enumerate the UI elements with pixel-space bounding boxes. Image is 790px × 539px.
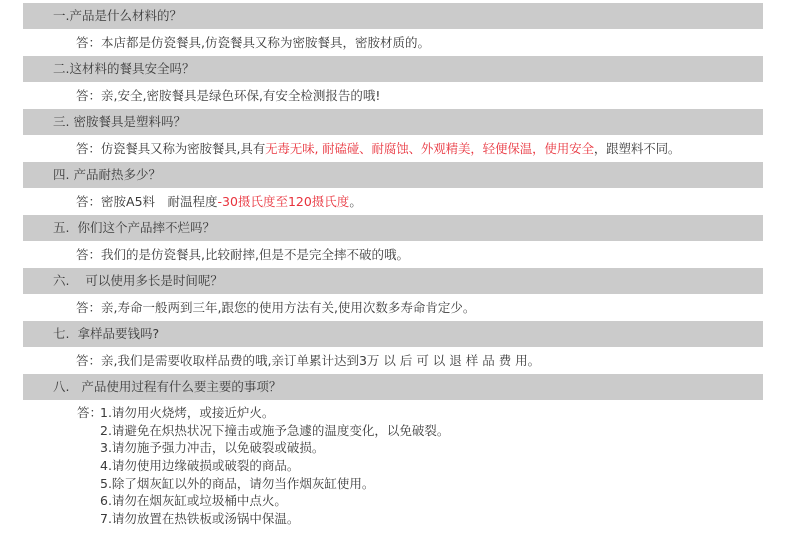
faq-answer-7: 答：亲,我们是需要收取样品费的哦,亲订单累计达到3万 以 后 可 以 退 样 品… bbox=[23, 347, 763, 374]
list-item: 7.请勿放置在热铁板或汤锅中保温。 bbox=[77, 510, 763, 528]
answer-prefix: 答： bbox=[76, 35, 101, 50]
answer-prefix: 答： bbox=[76, 194, 101, 209]
answer-text: 亲,安全,密胺餐具是绿色环保,有安全检测报告的哦! bbox=[101, 88, 380, 103]
answer-prefix: 答： bbox=[76, 141, 101, 156]
list-item: 6.请勿在烟灰缸或垃圾桶中点火。 bbox=[77, 492, 763, 510]
faq-question-3: 三. 密胺餐具是塑料吗？ bbox=[23, 109, 763, 135]
faq-answer-5: 答：我们的是仿瓷餐具,比较耐摔,但是不是完全摔不破的哦。 bbox=[23, 241, 763, 268]
answer-text: 亲,寿命一般两到三年,跟您的使用方法有关,使用次数多寿命肯定少。 bbox=[101, 300, 475, 315]
faq-answer-8-list: 答：1.请勿用火烧烤，或接近炉火。 2.请避免在炽热状况下撞击或施予急遽的温度变… bbox=[23, 400, 763, 528]
list-item: 2.请避免在炽热状况下撞击或施予急遽的温度变化，以免破裂。 bbox=[77, 422, 763, 440]
question-text: 产品使用过程有什么要主要的事项？ bbox=[81, 379, 281, 394]
answer-prefix: 答： bbox=[76, 247, 101, 262]
question-number: 四. bbox=[53, 162, 69, 188]
list-item: 3.请勿施予强力冲击，以免破裂或破损。 bbox=[77, 439, 763, 457]
faq-question-8: 八. 产品使用过程有什么要主要的事项？ bbox=[23, 374, 763, 400]
answer-prefix: 答： bbox=[76, 300, 101, 315]
answer-highlight: -30摄氏度至120摄氏度 bbox=[218, 194, 350, 209]
faq-answer-4: 答：密胺A5料 耐温程度-30摄氏度至120摄氏度。 bbox=[23, 188, 763, 215]
faq-answer-3: 答：仿瓷餐具又称为密胺餐具,具有无毒无味, 耐磕碰、耐腐蚀、外观精美，轻便保温，… bbox=[23, 135, 763, 162]
question-text: 可以使用多长是时间呢？ bbox=[85, 273, 223, 288]
answer-text: 本店都是仿瓷餐具,仿瓷餐具又称为密胺餐具，密胺材质的。 bbox=[101, 35, 430, 50]
faq-question-6: 六. 可以使用多长是时间呢？ bbox=[23, 268, 763, 294]
answer-text-tail: 。 bbox=[349, 194, 362, 209]
question-text: 密胺餐具是塑料吗？ bbox=[73, 114, 186, 129]
faq-question-2: 二.这材料的餐具安全吗？ bbox=[23, 56, 763, 82]
question-text: 你们这个产品摔不烂吗？ bbox=[77, 220, 215, 235]
question-number: 七. bbox=[53, 321, 69, 347]
faq-question-5: 五. 你们这个产品摔不烂吗？ bbox=[23, 215, 763, 241]
question-text: 拿样品要钱吗? bbox=[77, 326, 159, 341]
list-item: 答：1.请勿用火烧烤，或接近炉火。 bbox=[77, 404, 763, 422]
answer-text: 亲,我们是需要收取样品费的哦,亲订单累计达到3万 以 后 可 以 退 样 品 费… bbox=[101, 353, 540, 368]
answer-text: 仿瓷餐具又称为密胺餐具,具有 bbox=[101, 141, 265, 156]
answer-text-tail: ，跟塑料不同。 bbox=[594, 141, 680, 156]
question-number: 三. bbox=[53, 109, 69, 135]
answer-prefix: 答： bbox=[76, 353, 101, 368]
faq-question-7: 七. 拿样品要钱吗? bbox=[23, 321, 763, 347]
faq-list: 一.产品是什么材料的？ 答：本店都是仿瓷餐具,仿瓷餐具又称为密胺餐具，密胺材质的… bbox=[23, 3, 763, 528]
question-text: 产品是什么材料的？ bbox=[69, 8, 182, 23]
question-number: 六. bbox=[53, 268, 69, 294]
answer-highlight: 无毒无味, 耐磕碰、耐腐蚀、外观精美，轻便保温，使用安全 bbox=[265, 141, 594, 156]
question-number: 五. bbox=[53, 215, 69, 241]
question-number: 二. bbox=[53, 56, 69, 82]
faq-answer-1: 答：本店都是仿瓷餐具,仿瓷餐具又称为密胺餐具，密胺材质的。 bbox=[23, 29, 763, 56]
faq-answer-6: 答：亲,寿命一般两到三年,跟您的使用方法有关,使用次数多寿命肯定少。 bbox=[23, 294, 763, 321]
list-item: 4.请勿使用边缘破损或破裂的商品。 bbox=[77, 457, 763, 475]
answer-text: 密胺A5料 耐温程度 bbox=[101, 194, 218, 209]
question-text: 这材料的餐具安全吗？ bbox=[69, 61, 194, 76]
question-number: 八. bbox=[53, 374, 69, 400]
faq-question-1: 一.产品是什么材料的？ bbox=[23, 3, 763, 29]
question-number: 一. bbox=[53, 3, 69, 29]
answer-text: 我们的是仿瓷餐具,比较耐摔,但是不是完全摔不破的哦。 bbox=[101, 247, 409, 262]
question-text: 产品耐热多少？ bbox=[73, 167, 161, 182]
faq-question-4: 四. 产品耐热多少？ bbox=[23, 162, 763, 188]
answer-prefix: 答： bbox=[77, 404, 100, 422]
answer-prefix: 答： bbox=[76, 88, 101, 103]
list-item: 5.除了烟灰缸以外的商品，请勿当作烟灰缸使用。 bbox=[77, 475, 763, 493]
faq-answer-2: 答：亲,安全,密胺餐具是绿色环保,有安全检测报告的哦! bbox=[23, 82, 763, 109]
